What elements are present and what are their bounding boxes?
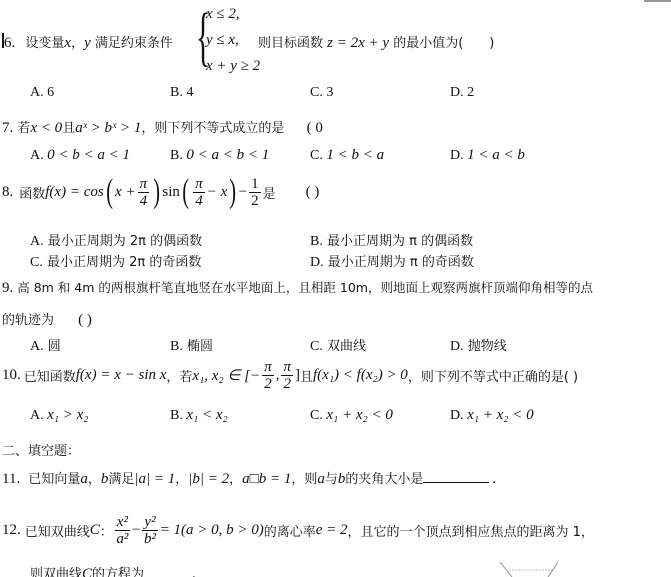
answer-blank[interactable] xyxy=(423,470,489,483)
section-title: 二、填空题： xyxy=(2,440,80,459)
option-d: D. x₁ + x₂ < 0 xyxy=(450,407,534,424)
option-d: D. 2 xyxy=(450,85,474,101)
option-b: B. 椭圆 xyxy=(170,335,213,355)
option-d: D. 最小正周期为 π 的奇函数 xyxy=(310,251,474,271)
option-d: D. 1 < a < b xyxy=(450,147,525,164)
option-d: D. 抛物线 xyxy=(450,335,507,355)
option-c: C. 3 xyxy=(310,85,333,101)
option-c: C. 1 < b < a xyxy=(310,147,384,164)
option-b: B. 4 xyxy=(170,85,193,101)
option-c: C. 最小正周期为 2π 的奇函数 xyxy=(30,251,201,271)
option-a: A. 0 < b < a < 1 xyxy=(30,147,130,164)
option-a: A. 6 xyxy=(30,85,54,101)
option-b: B. x₁ < x₂ xyxy=(170,407,228,424)
option-a: A. 圆 xyxy=(30,335,61,355)
option-c: C. x₁ + x₂ < 0 xyxy=(310,407,393,424)
question-number: 6. xyxy=(4,35,15,51)
option-c: C. 双曲线 xyxy=(310,335,366,355)
option-b: B. 最小正周期为 π 的偶函数 xyxy=(310,230,473,250)
scrollbar-fragment xyxy=(644,0,671,2)
option-a: A. 最小正周期为 2π 的偶函数 xyxy=(30,230,202,250)
option-b: B. 0 < a < b < 1 xyxy=(170,147,269,164)
objective-function: z = 2x + y xyxy=(327,35,389,51)
option-a: A. x₁ > x₂ xyxy=(30,407,89,424)
watermark-icon xyxy=(490,560,610,577)
